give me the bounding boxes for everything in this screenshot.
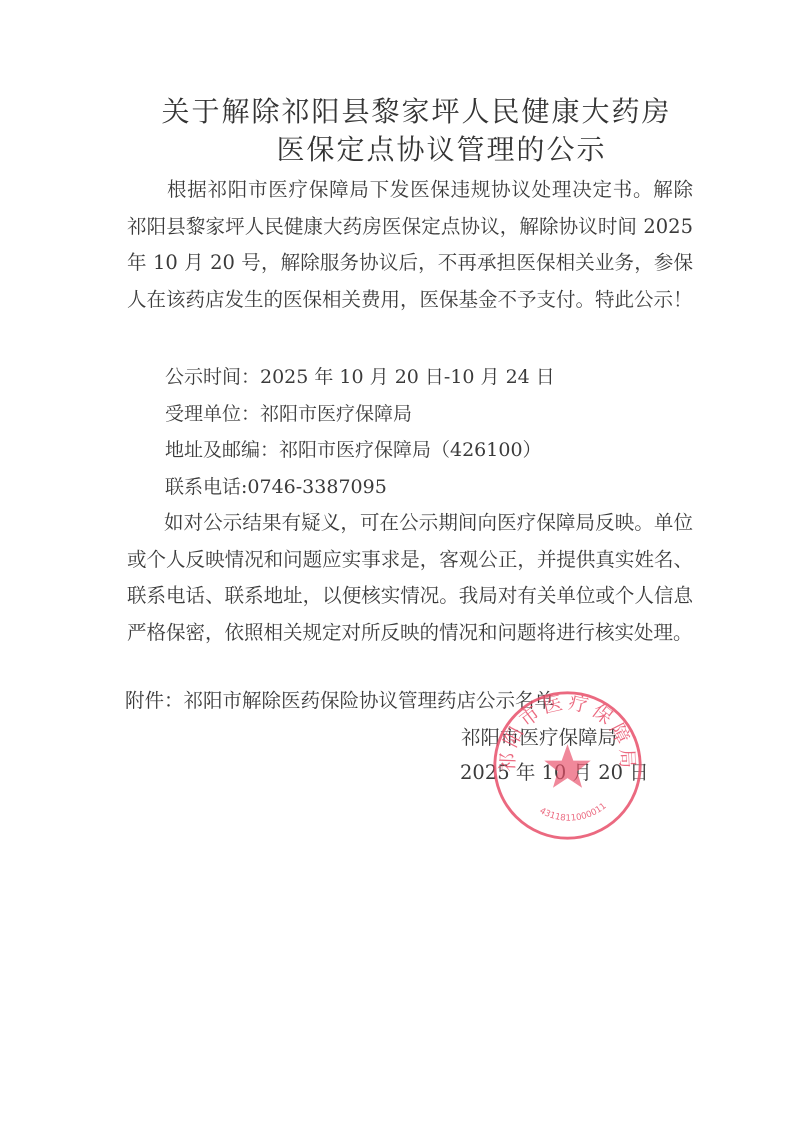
official-seal-icon: 祁阳市医疗保障局 4311811000011 xyxy=(490,688,645,843)
contact-phone: 联系电话:0746-3387095 xyxy=(165,469,387,506)
document-page: 关于解除祁阳县黎家坪人民健康大药房 医保定点协议管理的公示 根据祁阳市医疗保障局… xyxy=(0,0,793,1121)
svg-text:4311811000011: 4311811000011 xyxy=(538,801,609,823)
body-paragraph-1: 根据祁阳市医疗保障局下发医保违规协议处理决定书。解除祁阳县黎家坪人民健康大药房医… xyxy=(127,172,693,318)
document-title-line-2: 医保定点协议管理的公示 xyxy=(0,130,793,170)
document-title-line-1: 关于解除祁阳县黎家坪人民健康大药房 xyxy=(0,92,793,132)
body-paragraph-2: 如对公示结果有疑义，可在公示期间向医疗保障局反映。单位或个人反映情况和问题应实事… xyxy=(127,505,693,651)
handling-unit: 受理单位：祁阳市医疗保障局 xyxy=(165,396,412,433)
notice-period: 公示时间：2025 年 10 月 20 日-10 月 24 日 xyxy=(165,359,555,396)
address-postcode: 地址及邮编：祁阳市医疗保障局（426100） xyxy=(165,432,542,469)
